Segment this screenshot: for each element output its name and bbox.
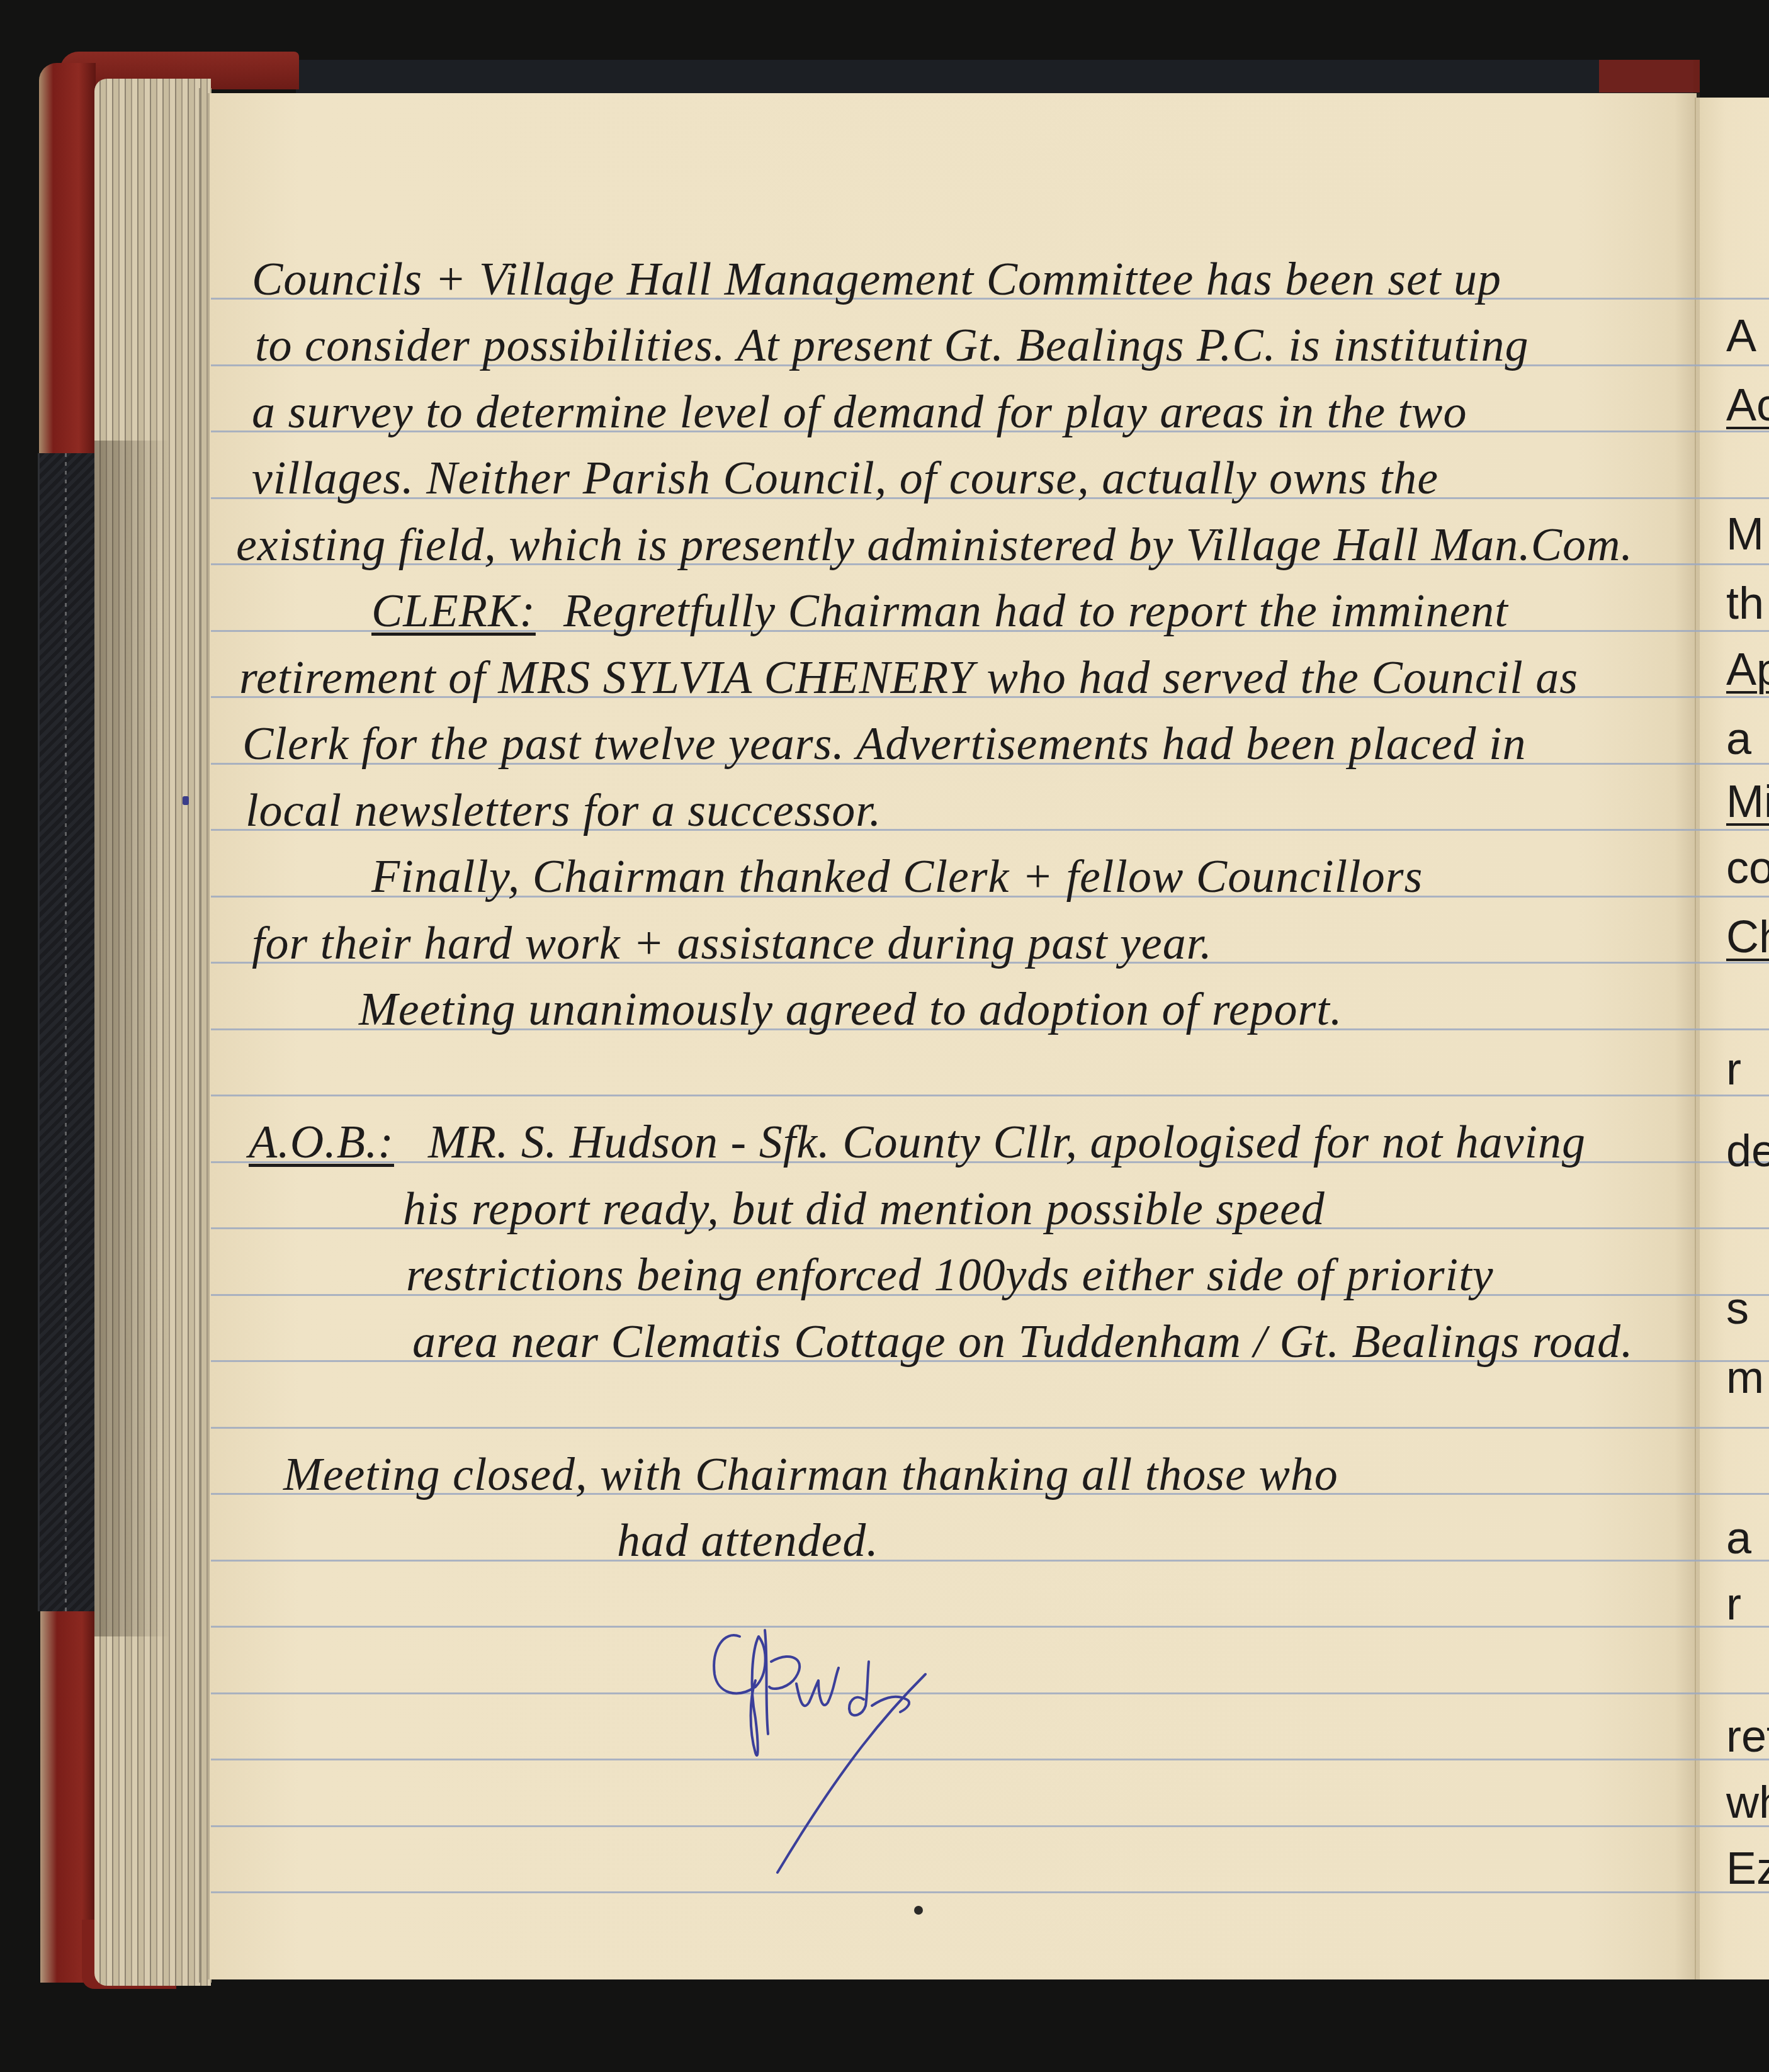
adjacent-page-text-fragment: ref	[1726, 1714, 1769, 1759]
book-cover-top	[296, 60, 1693, 94]
adjacent-page-text-fragment: th	[1726, 581, 1764, 626]
adjacent-page-text-fragment: a	[1726, 716, 1751, 762]
adjacent-page-text-fragment: r	[1726, 1047, 1741, 1092]
ruled-line	[211, 1825, 1769, 1827]
adjacent-page-text-fragment: de	[1726, 1129, 1769, 1174]
adjacent-page-text-fragment: A	[1726, 313, 1756, 359]
adjacent-page-text-fragment: m	[1726, 1355, 1764, 1400]
minute-text-line: local newsletters for a successor.	[246, 787, 881, 834]
adjacent-page-text-fragment: wh	[1726, 1780, 1769, 1825]
minute-text-line: villages. Neither Parish Council, of cou…	[252, 455, 1438, 502]
adjacent-page-text-fragment: Ap	[1726, 647, 1769, 692]
ruled-line	[211, 1560, 1769, 1562]
minute-text-line: for their hard work + assistance during …	[252, 920, 1212, 967]
ink-dot	[914, 1906, 923, 1915]
minute-text-line: restrictions being enforced 100yds eithe…	[406, 1252, 1494, 1298]
minute-text-line: had attended.	[617, 1517, 879, 1564]
minute-text-line: Clerk for the past twelve years. Adverti…	[242, 721, 1527, 767]
red-binding-left-top	[39, 63, 96, 466]
section-heading: A.O.B.:	[249, 1119, 394, 1166]
adjacent-page-text-fragment: a	[1726, 1516, 1751, 1561]
minute-text-line: Regretfully Chairman had to report the i…	[563, 588, 1508, 634]
adjacent-page-text-fragment: r	[1726, 1582, 1741, 1627]
minute-book-page	[208, 93, 1697, 1979]
ruled-line	[211, 1692, 1769, 1694]
page-gutter	[1675, 93, 1700, 1979]
margin-ink-mark	[183, 796, 189, 805]
minute-text-line: Meeting closed, with Chairman thanking a…	[283, 1451, 1338, 1498]
ruled-line	[211, 1891, 1769, 1893]
minute-text-line: retirement of MRS SYLVIA CHENERY who had…	[239, 655, 1578, 701]
red-binding-top-right	[1599, 60, 1700, 93]
adjacent-page-text-fragment: Ac	[1726, 383, 1769, 428]
adjacent-page-text-fragment: s	[1726, 1286, 1749, 1331]
minute-text-line: a survey to determine level of demand fo…	[252, 389, 1467, 436]
minute-text-line: his report ready, but did mention possib…	[403, 1186, 1325, 1232]
minute-text-line: Meeting unanimously agreed to adoption o…	[359, 986, 1342, 1033]
signature	[699, 1624, 938, 1876]
minute-text-line: Finally, Chairman thanked Clerk + fellow…	[371, 853, 1423, 900]
adjacent-page-text-fragment: Ez	[1726, 1846, 1769, 1891]
ruled-line	[211, 1626, 1769, 1628]
ruled-line	[211, 1095, 1769, 1096]
minute-text-line: area near Clematis Cottage on Tuddenham …	[412, 1319, 1633, 1365]
adjacent-page-text-fragment: Ch	[1726, 915, 1769, 960]
adjacent-page-text-fragment: M	[1726, 512, 1764, 557]
minute-text-line: to consider possibilities. At present Gt…	[255, 322, 1529, 369]
section-heading: CLERK:	[371, 588, 536, 634]
minute-text-line: existing field, which is presently admin…	[236, 522, 1633, 568]
minute-text-line: MR. S. Hudson - Sfk. County Cllr, apolog…	[428, 1119, 1586, 1166]
minute-text-line: Councils + Village Hall Management Commi…	[252, 256, 1501, 303]
ruled-line	[211, 1759, 1769, 1760]
page-stack-shadow	[94, 441, 170, 1636]
book-spine-cloth	[38, 453, 98, 1611]
ruled-line	[211, 1427, 1769, 1429]
adjacent-page-text-fragment: Mi	[1726, 779, 1769, 825]
adjacent-page-text-fragment: co	[1726, 845, 1769, 891]
spine-stitching	[65, 453, 67, 1611]
